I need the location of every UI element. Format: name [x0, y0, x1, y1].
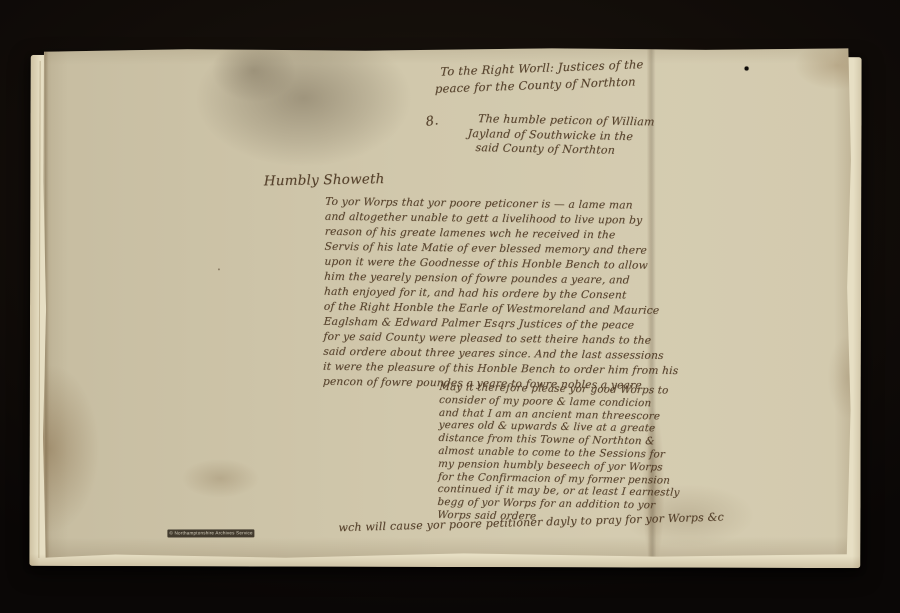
salutation: Humbly Showeth [264, 171, 385, 189]
photograph-background: To the Right Worll: Justices of the peac… [0, 0, 900, 613]
petition-prayer: May it therefore please yor good Worps t… [437, 381, 681, 526]
manuscript-line: said County of Northton [475, 141, 655, 159]
ink-speck [218, 268, 220, 270]
manuscript-page: To the Right Worll: Justices of the peac… [42, 47, 853, 559]
petition-title: The humble peticon of William Jayland of… [477, 112, 654, 159]
worm-hole [745, 66, 749, 70]
address-heading: To the Right Worll: Justices of the peac… [440, 56, 644, 97]
under-leaf-edge-line [38, 61, 40, 558]
margin-mark: 8. [425, 113, 440, 130]
petition-body: To yor Worps that yor poore peticoner is… [323, 195, 681, 394]
archive-watermark: © Northamptonshire Archives Service [167, 529, 254, 537]
